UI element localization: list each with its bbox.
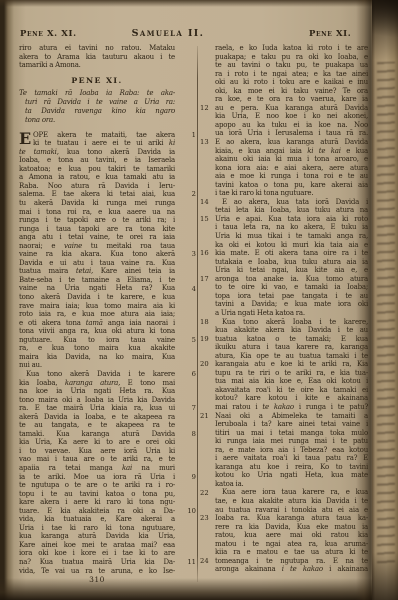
text-line: aronga toa anake ia. Kua tomo atura (215, 275, 368, 284)
text-line: kiaia, e kua angai iaia ki te kai e kua (215, 147, 368, 156)
book-photo: Pene X. XI. Samuela II. Pene XI. riro at… (0, 0, 398, 600)
chapter-end-paragraph: riro atura ei tavini no ratou. Matakuake… (19, 44, 175, 70)
text-line: topu i te au tavini katoa o tona pu, (19, 490, 175, 499)
text-line: katoa ia. (215, 480, 368, 489)
text-line: ra koe, e te ora ra to vaerua, kare ia (215, 95, 368, 104)
text-line: tuatua maira tetai, Kare ainei teia ia (19, 267, 175, 276)
text-line: Uria i tae ki raro ki tona ngutuare, (19, 524, 175, 533)
text-line: runga i taua tapoki are ra tona kite (19, 225, 175, 234)
text-line: anga atu i tetai vaine, te orei ra iaia (19, 233, 175, 242)
verse-number: 21 (200, 412, 214, 421)
text-line: au tuatua ravarai i tonokia atu ei aia e (215, 506, 368, 515)
text-line: a Amona ia ratou, e kua tamaki atu ia (19, 173, 175, 182)
verse-number: 22 (200, 489, 214, 498)
verse-number: 11 (178, 558, 196, 567)
left-column: riro atura ei tavini no ratou. Matakuake… (19, 44, 175, 575)
text-line: kia Ioaba, karanga atura, E tono mai (19, 379, 175, 388)
running-head-center: Samuela II. (106, 29, 230, 39)
text-line: ra, e kua tono maira kua akakite (19, 344, 175, 353)
text-line: titiri ua mai i tetai manga toka mulo (215, 429, 368, 438)
right-column-body: raela, e ko Iuda katoa ki roto i te arep… (215, 44, 368, 574)
text-line: akerā Davida ia Ioaba, e te akapeea ra (19, 413, 175, 422)
text-line: tuare. E kia akakiteia ra oki a Da- (19, 507, 175, 516)
text-line: puakapa; e taku pu ra oki ko Ioaba, e (215, 53, 368, 62)
verse-number: 1 (178, 131, 196, 140)
text-line: e oti akera tona tamā anga iaia naorai i (19, 319, 175, 328)
verse-number: 12 (200, 104, 214, 113)
text-line: maira kia Davida, na ko maira, Kua (19, 353, 175, 362)
text-line: to te oire ki vao, e tamaki ia Ioaba; (215, 283, 368, 292)
text-line: i taua leta ra, na ko akera, E tuku ia (215, 223, 368, 232)
verse-number: 10 (178, 507, 196, 516)
verse-number: 3 (178, 250, 196, 259)
text-line: topa iora tetai pae tangata i te au (215, 292, 368, 301)
text-line: na koe ia Uria ngati Heta ra. Kua (19, 387, 175, 396)
text-line: ka oki ei kotou ki muri kia taia aia e (215, 241, 368, 250)
text-line: matou i te ngai atea ra, kua aruma- (215, 540, 368, 549)
verse-number: 18 (200, 318, 214, 327)
text-line: tono maira oki a Ioaba ia Uria kia David… (19, 396, 175, 405)
text-line: kiia ra e matou e tae ua atura ki te (215, 548, 368, 557)
text-line: ra. E tae mairā Uria kiaia ra, kua ui (19, 404, 175, 413)
text-line: kotou? kare kotou i kite e akainana (215, 394, 368, 403)
text-line: karanga atu koe i reira, Ko to tavini (215, 463, 368, 472)
text-line: te ngutupa o te are o te ariki ra i ro- (19, 481, 175, 490)
verse-number: 20 (200, 360, 214, 369)
verse-number: 8 (178, 430, 196, 439)
text-line: Kua tono akerā Davida i te karere (19, 370, 175, 379)
text-line: OPE akera te mataiti, tae akera (19, 131, 175, 140)
text-line: rave maira iaia; kua tomo maira aia ki (19, 302, 175, 311)
text-line: ta Davida ravenga kino kia ngaro (19, 107, 175, 116)
text-line: akavaitata roa'i ki te oire ka tamaki ei (215, 386, 368, 395)
adjacent-page-edge (372, 0, 398, 600)
text-line: tamaki. Kua karanga aturā Davida (19, 430, 175, 439)
text-line: Ieruboala i ta? kare ainei tetai vaine i (215, 420, 368, 429)
text-line: ngutuare. Kua to iora taua vaine (19, 336, 175, 345)
column-divider (197, 46, 198, 582)
text-line: Ioaba ra. Kua karanga atura taua ka- (215, 514, 368, 523)
text-line: te au tangata, e te akapeea ra te (19, 421, 175, 430)
text-line: tono akerā Davida i te karere, e kua (19, 293, 175, 302)
text-line: vaine ra kia akara. Kua tono akerā (19, 250, 175, 259)
text-line: kona iora aia: e aiai akera, aere atura (215, 164, 368, 173)
text-line: Davida e ui atu i taua vaine ra. Kua (19, 259, 175, 268)
text-line: aronga akainana i te kakao i akainana (215, 565, 368, 574)
text-line: tona ora. (19, 116, 175, 125)
text-line: tua mai aia kia koe e, Eaa oki kotou i (215, 377, 368, 386)
text-line: na? Kua tuatua mairā Uria kia Da- (19, 558, 175, 567)
text-line: apopo au ka tuku ei ia koe na. Noo (215, 121, 368, 130)
verse-number: 16 (200, 249, 214, 258)
text-line: nui au. (19, 361, 175, 370)
text-line: kotou ko Uria ngati Heta, kua mate (215, 471, 368, 480)
text-line: E ao akera, kua karanga aturā Davida (215, 138, 368, 147)
text-line: ki te tuatau i aere ei te ui ariki ki (19, 139, 175, 148)
verse-number: 19 (200, 335, 214, 344)
text-line: tavini a Davida; e kua mate iora oki (215, 300, 368, 309)
text-line: tona viivii anga ra, kua oki atura ki to… (19, 327, 175, 336)
right-column: raela, e ko Iuda katoa ki roto i te arep… (215, 44, 368, 574)
text-line: Uria ki mua tikai i te tamaki anga ra, (215, 232, 368, 241)
text-line: E ao akera, kua tata iorā Davida i (215, 198, 368, 207)
text-line: naorai; e vaine tu meitaki roa taua (19, 242, 175, 251)
verse-number: 9 (178, 473, 196, 482)
text-line: runga i te tapoki are o te ariki ra; i (19, 216, 175, 225)
verse-number: 23 (200, 514, 214, 523)
text-line: ra, e mate iora aia i Tebeza? eaa kotou (215, 446, 368, 455)
text-line: tomeanga i te ngutupa ra. E na te (215, 557, 368, 566)
text-line: rere ra kia Davida, Kua eke matou ia (215, 523, 368, 532)
text-line: vida, Te vai ua ra te aruna, e ko Ise- (19, 567, 175, 576)
verse-number: 2 (178, 190, 196, 199)
text-line: akera to Arama kia tauturu akaou i te (19, 53, 175, 62)
text-line: oki au ki roto i toku are e kaikai e inu (215, 78, 368, 87)
text-line: karangaia atu e koe ki te ariki ra, Kia (215, 360, 368, 369)
text-line: a Uria ngati Heta katoa ra. (215, 309, 368, 318)
text-line: tuatua katoa o te tamaki; E kua (215, 335, 368, 344)
text-line: kua karanga aturā Davida kia Uria, (19, 532, 175, 541)
text-line: Te tamaki rā Ioaba ia Raba: te aka- (19, 89, 175, 98)
text-line: ratou, kua aere mai oki ratou kia (215, 531, 368, 540)
text-line: tamariki a Amona. (19, 61, 175, 70)
text-line: te tamaki, kua tono akerā Davida ia (19, 148, 175, 157)
text-line: i to vaevae. Kua aere iorā Uria ki (19, 447, 175, 456)
text-line: i tae ki raro ki tona ngutuare. (215, 189, 368, 198)
text-line: tetai leta kia Ioaba, kua tuku atura na (215, 206, 368, 215)
text-line: raela, e ko Iuda katoa ki roto i te are (215, 44, 368, 53)
text-line: Ioaba, e tona au tavini, e ia Iseraela (19, 156, 175, 165)
text-line: ra i roto i te ngai atea; e ka tae ainei (215, 70, 368, 79)
text-line: Uria e apai. Kua tata iora aia ki roto (215, 215, 368, 224)
text-line: tutakaia e Ioaba, kua tuku atura aia ia (215, 258, 368, 267)
text-line: kia Uria, E noo koe i ko nei akonei, (215, 112, 368, 121)
text-line: vaine na Uria ngati Heta ra? Kua (19, 284, 175, 293)
chapter-summary: Te tamaki rā Ioaba ia Raba: te aka-turi … (19, 89, 175, 125)
verse-number: 24 (200, 557, 214, 566)
running-head-right: Pene XI. (309, 29, 351, 39)
verse-number: 13 (200, 138, 214, 147)
text-line: atura, Kia ope te au tuatua tamaki i te (215, 352, 368, 361)
text-line: mai i tona roi ra, e kua aaere ua na (19, 208, 175, 217)
text-line: salema. E tae akera ki tetai aiai, kua (19, 190, 175, 199)
text-line: ikuiku atura i taua karere ra, karanga (215, 343, 368, 352)
text-line: iora oki koe i kore ei i tae ki to are (19, 549, 175, 558)
text-line: Kua tono akerā Ioaba i te karere, (215, 318, 368, 327)
text-line: te au tavini o taku pu, te puakapa ua (215, 61, 368, 70)
text-line: oki, ka moe ei ki taku vaine? Te ora (215, 87, 368, 96)
text-line: ia te ariki. Moe ua iora rā Uria i (19, 473, 175, 482)
text-line: tavini katoa o tona pu, kare akerai aia (215, 181, 368, 190)
text-line: ki runga iaia mei runga mai i te patu (215, 437, 368, 446)
text-line: mai ratou i te kakao i runga i te patu? (215, 403, 368, 412)
verse-number: 17 (200, 275, 214, 284)
text-line: tupu ra te riri o te ariki ra, e kia tua… (215, 369, 368, 378)
text-line: roto iaia ra, e kua moe atura aia iaia; (19, 310, 175, 319)
text-line: apaiia ra tetai manga kai na muri (19, 464, 175, 473)
text-line: kua akakite akera kia Davida i te au (215, 326, 368, 335)
text-line: Bate-seba i te tamaine a Eliama, i te (19, 276, 175, 285)
text-line: vida, kia tuatuaia e, Kare akerai a (19, 515, 175, 524)
verse-number: 4 (178, 285, 196, 294)
text-line: turi rā Davida i te vaine a Uria ra: (19, 98, 175, 107)
verse-number: 14 (200, 198, 214, 207)
text-line: vao mai i taua are o te ariki ra, e te (19, 455, 175, 464)
text-line: kia Uria, Ka aere ki to are e orei oki (19, 438, 175, 447)
text-line: tu akerā Davida ki runga mei runga (19, 199, 175, 208)
text-line: Kare ainei koe mei te arataa mai? eaa (19, 541, 175, 550)
text-line: kare akera i aere ki raro ki tona ngu- (19, 498, 175, 507)
running-head-left: Pene X. XI. (20, 29, 77, 39)
verse-number: 7 (178, 404, 196, 413)
text-line: Raba. Noo atura rā Davida i Ieru- (19, 182, 175, 191)
text-line: Uria ki tetai ngai, kua kite aia e, e (215, 266, 368, 275)
text-line: riro atura ei tavini no ratou. Mataku (19, 44, 175, 53)
text-line: au e pera. Kua karanga aturā Davida (215, 104, 368, 113)
text-line: Naai oki a Abimeleka te tamaiti a (215, 412, 368, 421)
verse-number: 6 (178, 370, 196, 379)
text-line: aia e moe ki runga i tona roi e te au (215, 172, 368, 181)
chapter-heading: PENE XI. (19, 76, 175, 85)
verse-number: 5 (178, 336, 196, 345)
text-line: katoatoa; e kua pou takiri te tamariki (19, 165, 175, 174)
text-line: akainu oki iaia ki mua i tona aroaro, e (215, 155, 368, 164)
page-number: 310 (19, 575, 175, 584)
text-line: i aere vaitata roa'i ki taua patu ra? E (215, 454, 368, 463)
text-line: tae, e kua akakite atura kia Davida i te (215, 497, 368, 506)
text-line: kia mate. E oti akera tana oire ra i te (215, 249, 368, 258)
text-line: Kua aere iora taua karere ra, e kua (215, 488, 368, 497)
verse-number: 15 (200, 215, 214, 224)
left-column-body: E OPE akera te mataiti, tae akera1ki te … (19, 131, 175, 575)
adjacent-page-blurred-text (377, 62, 395, 567)
text-line: ua iorā Uria i Ierusalema i taua rā ra. (215, 129, 368, 138)
